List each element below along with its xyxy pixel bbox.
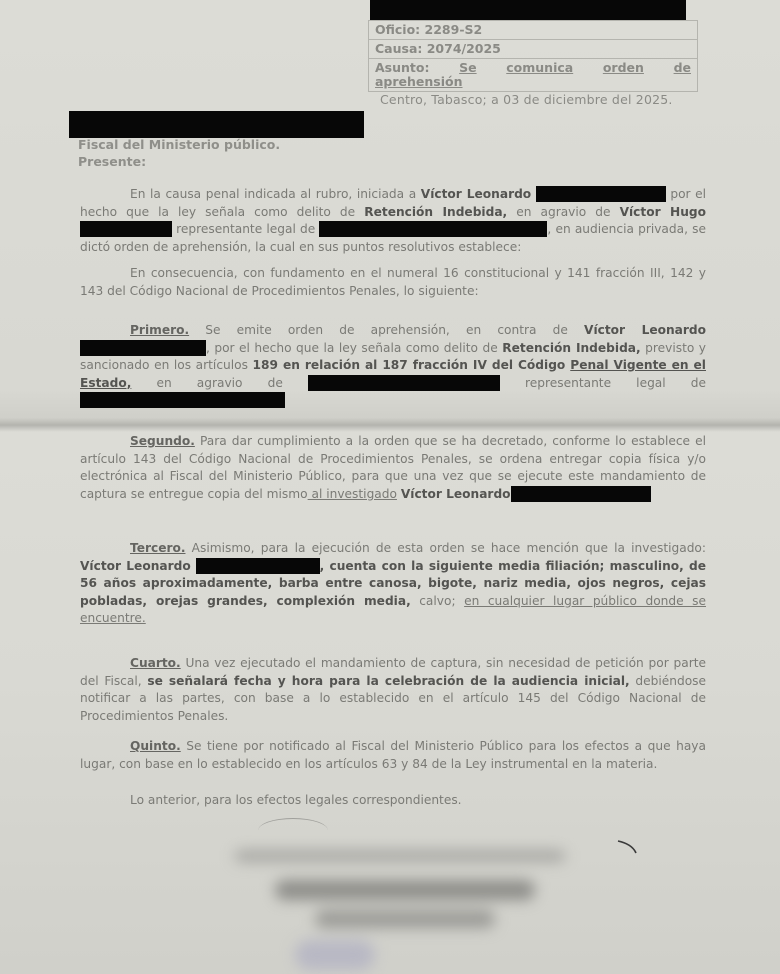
resolution-primero: Primero. Se emite orden de aprehensión, … xyxy=(80,322,706,410)
resolution-segundo: Segundo. Para dar cumplimiento a la orde… xyxy=(80,433,706,503)
addressee-greeting: Presente: xyxy=(78,153,280,170)
redaction-accused-surname xyxy=(536,186,666,202)
resolution-quinto: Quinto. Se tiene por notificado al Fisca… xyxy=(80,738,706,773)
redaction-addressee-name xyxy=(69,111,364,138)
paragraph-intro: En la causa penal indicada al rubro, ini… xyxy=(80,186,706,256)
paragraph-legal-basis: En consecuencia, con fundamento en el nu… xyxy=(80,265,706,300)
causa-number: Causa: 2074/2025 xyxy=(369,40,697,59)
asunto-word: comunica xyxy=(506,61,573,75)
blurred-signature xyxy=(225,830,605,970)
paper-fold-shadow xyxy=(0,418,780,432)
addressee-title: Fiscal del Ministerio público. xyxy=(78,136,280,153)
asunto-word: de xyxy=(674,61,691,75)
redaction-victim-name xyxy=(308,375,500,391)
redaction-header xyxy=(370,0,686,20)
resolution-label: Primero. xyxy=(130,323,189,337)
addressee: Fiscal del Ministerio público. Presente: xyxy=(78,136,280,170)
asunto-word: Se xyxy=(459,61,476,75)
asunto-label: Asunto: xyxy=(375,61,429,75)
victim-name: Víctor Hugo xyxy=(620,205,706,219)
resolution-label: Quinto. xyxy=(130,739,181,753)
pen-mark-icon xyxy=(616,838,640,856)
asunto: Asunto: Se comunica orden de aprehensión xyxy=(369,59,697,91)
redaction-victim-surname xyxy=(80,221,172,237)
oficio-number: Oficio: 2289-S2 xyxy=(369,21,697,40)
asunto-word: orden xyxy=(603,61,644,75)
resolution-label: Cuarto. xyxy=(130,656,181,670)
redaction-company-name xyxy=(80,392,285,408)
place-date: Centro, Tabasco; a 03 de diciembre del 2… xyxy=(380,92,673,107)
closing-line: Lo anterior, para los efectos legales co… xyxy=(80,792,706,810)
redaction-accused-surname xyxy=(511,486,651,502)
redaction-company-name xyxy=(319,221,547,237)
reference-box: Oficio: 2289-S2 Causa: 2074/2025 Asunto:… xyxy=(368,20,698,92)
resolution-label: Segundo. xyxy=(130,434,195,448)
resolution-tercero: Tercero. Asimismo, para la ejecución de … xyxy=(80,540,706,628)
redaction-accused-surname xyxy=(196,558,320,574)
redaction-accused-surname xyxy=(80,340,206,356)
resolution-cuarto: Cuarto. Una vez ejecutado el mandamiento… xyxy=(80,655,706,725)
accused-name: Víctor Leonardo xyxy=(421,187,531,201)
resolution-label: Tercero. xyxy=(130,541,185,555)
asunto-line2: aprehensión xyxy=(375,75,691,89)
